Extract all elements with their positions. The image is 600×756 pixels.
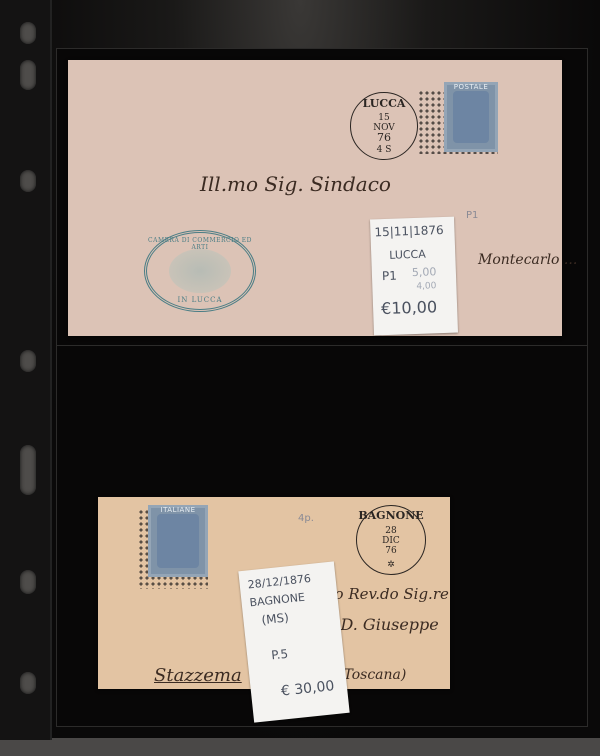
address-line: Montecarlo ... xyxy=(478,252,577,268)
note-grade: P.5 xyxy=(271,641,344,662)
binder-hole xyxy=(20,60,36,90)
postmark-star-icon: ✲ xyxy=(357,560,425,570)
binder-rail xyxy=(0,0,52,740)
price-note-bagnone: 28/12/1876 BAGNONE (MS) P.5 € 30,00 xyxy=(238,561,349,722)
postmark-year: 76 xyxy=(357,546,425,556)
binder-hole xyxy=(20,22,36,44)
cover-lucca[interactable]: POSTALE LUCCA 15 NOV 76 4 S Ill.mo Sig. … xyxy=(68,60,562,336)
binder-hole xyxy=(20,445,36,495)
postmark-time: 4 S xyxy=(351,145,417,155)
pencil-mark: P1 xyxy=(466,210,478,221)
note-old-price: 4,00 xyxy=(416,281,456,292)
stamp-icon: POSTALE xyxy=(444,82,498,152)
note-place: LUCCA xyxy=(389,247,455,262)
stamp-label: POSTALE xyxy=(447,83,495,91)
postmark-month: DIC xyxy=(357,536,425,546)
postmark-day: 28 xyxy=(357,526,425,536)
postmark-lucca: LUCCA 15 NOV 76 4 S xyxy=(350,92,418,160)
stamp-icon: ITALIANE xyxy=(148,505,208,577)
note-old-price: 5,00 xyxy=(412,265,456,280)
address-line: Ill.mo Sig. Sindaco xyxy=(200,172,391,196)
postmark-town: LUCCA xyxy=(351,97,417,110)
postmark-year: 76 xyxy=(351,133,417,143)
note-date: 15|11|1876 xyxy=(374,223,454,240)
stamp-label: ITALIANE xyxy=(151,506,205,514)
binder-hole xyxy=(20,170,36,192)
price-note-lucca: 15|11|1876 LUCCA P1 5,00 4,00 €10,00 xyxy=(370,217,458,336)
address-line: Stazzema xyxy=(154,665,242,686)
seal-bottom-text: IN LUCCA xyxy=(147,296,253,304)
pencil-mark: 4p. xyxy=(298,513,314,524)
postmark-day: 15 xyxy=(351,113,417,123)
note-price: € 30,00 xyxy=(280,677,347,700)
seal-emblem-icon xyxy=(169,249,231,293)
binder-hole xyxy=(20,672,36,694)
seal-stamp: CAMERA DI COMMERCIO ED ARTI IN LUCCA xyxy=(144,230,256,312)
table-surface xyxy=(0,738,600,756)
postmark-bagnone: BAGNONE 28 DIC 76 ✲ xyxy=(356,505,426,575)
note-price: €10,00 xyxy=(381,297,458,319)
binder-hole xyxy=(20,570,36,594)
note-province: (MS) xyxy=(261,605,340,627)
postmark-town: BAGNONE xyxy=(357,509,425,522)
binder-hole xyxy=(20,350,36,372)
address-line: (Toscana) xyxy=(338,667,406,683)
